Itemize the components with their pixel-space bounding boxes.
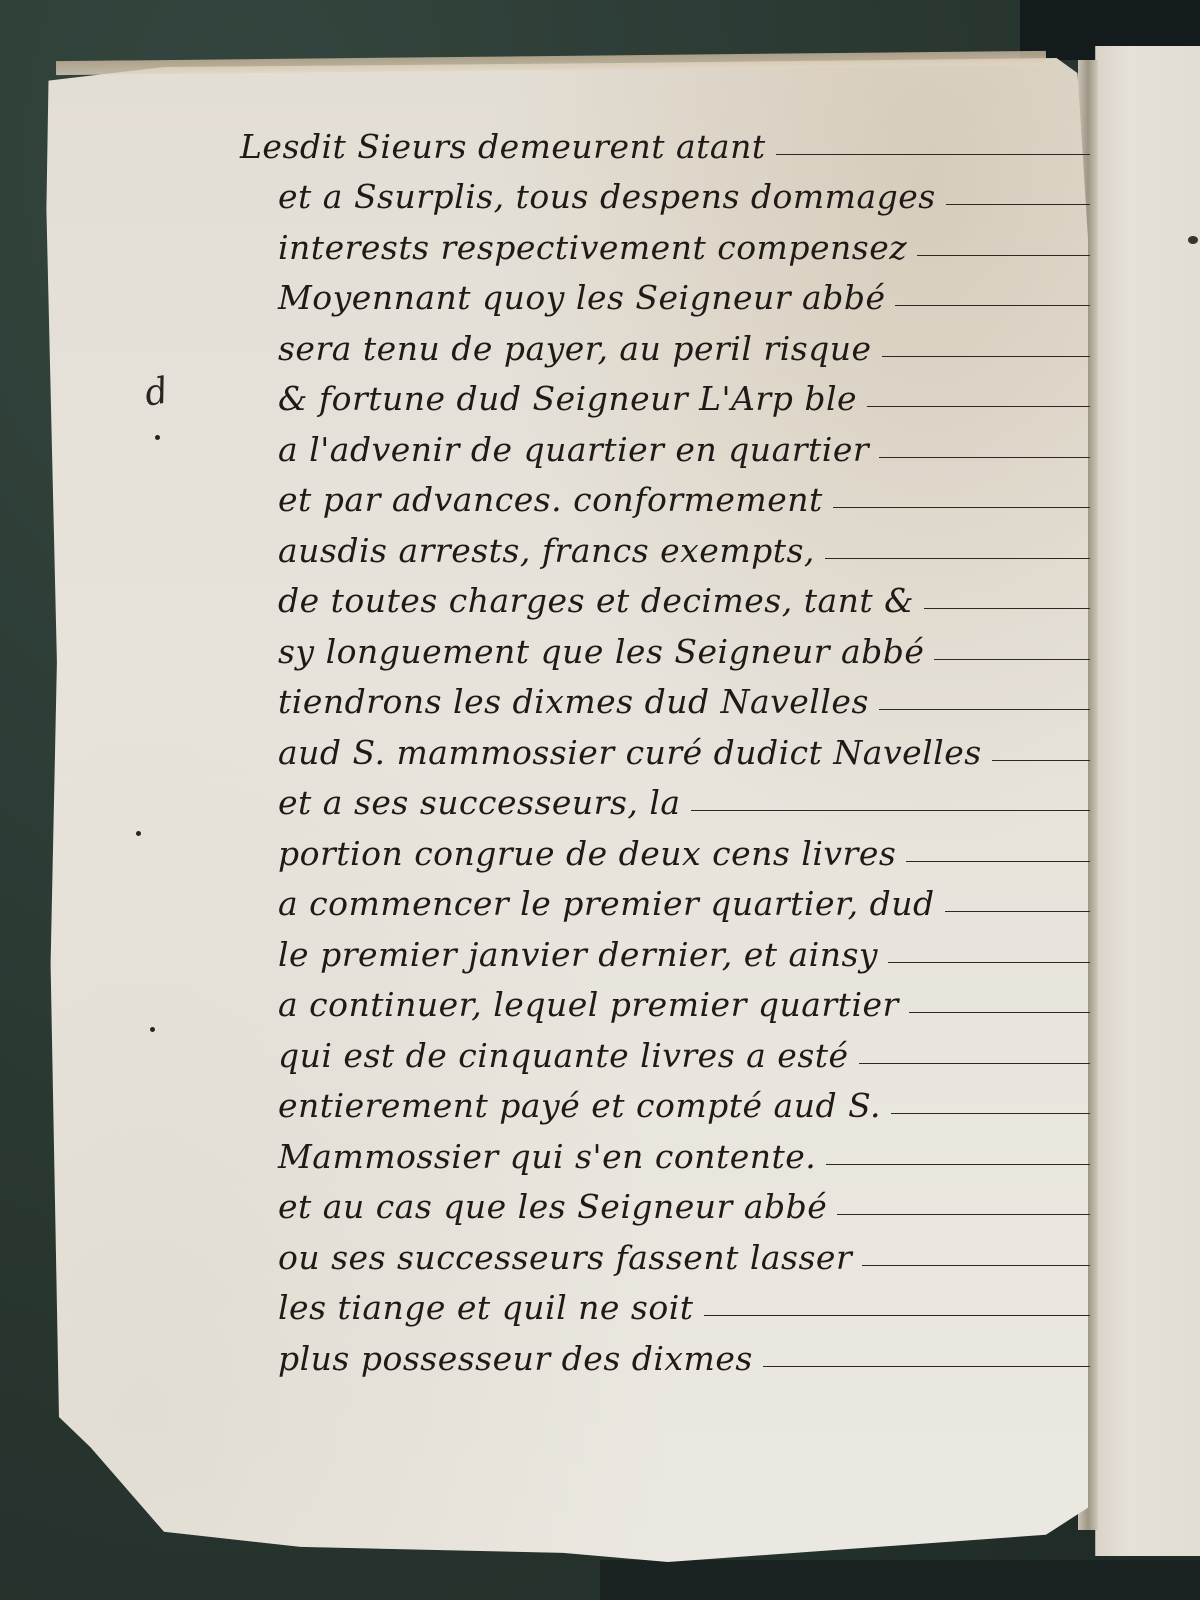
line-text: de toutes charges et decimes, tant & bbox=[230, 584, 914, 623]
line-filler-dash bbox=[946, 204, 1090, 205]
line-text: a commencer le premier quartier, dud bbox=[230, 887, 935, 926]
line-text: plus possesseur des dixmes bbox=[230, 1342, 753, 1381]
text-line: interests respectivement compensez bbox=[230, 219, 1090, 270]
text-line: et au cas que les Seigneur abbé bbox=[230, 1179, 1090, 1230]
line-text: et par advances. conformement bbox=[230, 483, 823, 522]
line-filler-dash bbox=[934, 659, 1090, 660]
line-filler-dash bbox=[909, 1012, 1090, 1013]
text-line: ou ses successeurs fassent lasser bbox=[230, 1229, 1090, 1280]
text-line: portion congrue de deux cens livres bbox=[230, 825, 1090, 876]
line-text: a l'advenir de quartier en quartier bbox=[230, 433, 869, 472]
line-filler-dash bbox=[917, 255, 1090, 256]
line-filler-dash bbox=[879, 709, 1090, 710]
line-filler-dash bbox=[825, 558, 1090, 559]
line-text: ausdis arrests, francs exempts, bbox=[230, 534, 815, 573]
line-text: entierement payé et compté aud S. bbox=[230, 1089, 881, 1128]
line-filler-dash bbox=[763, 1366, 1090, 1367]
line-filler-dash bbox=[862, 1265, 1090, 1266]
text-line: et a Ssurplis, tous despens dommages bbox=[230, 169, 1090, 220]
line-text: et a ses successeurs, la bbox=[230, 786, 681, 825]
line-filler-dash bbox=[879, 457, 1090, 458]
line-filler-dash bbox=[888, 962, 1090, 963]
line-filler-dash bbox=[833, 507, 1090, 508]
text-line: Lesdit Sieurs demeurent atant bbox=[230, 118, 1090, 169]
line-filler-dash bbox=[945, 911, 1090, 912]
text-line: tiendrons les dixmes dud Navelles bbox=[230, 674, 1090, 725]
line-filler-dash bbox=[906, 861, 1090, 862]
line-text: Mammossier qui s'en contente. bbox=[230, 1140, 816, 1179]
text-line: sy longuement que les Seigneur abbé bbox=[230, 623, 1090, 674]
text-line: le premier janvier dernier, et ainsy bbox=[230, 926, 1090, 977]
line-filler-dash bbox=[895, 305, 1090, 306]
line-text: Moyennant quoy les Seigneur abbé bbox=[230, 281, 885, 320]
line-filler-dash bbox=[867, 406, 1090, 407]
line-filler-dash bbox=[859, 1063, 1090, 1064]
line-filler-dash bbox=[924, 608, 1090, 609]
text-line: et a ses successeurs, la bbox=[230, 775, 1090, 826]
line-filler-dash bbox=[891, 1113, 1090, 1114]
text-line: qui est de cinquante livres a esté bbox=[230, 1027, 1090, 1078]
ink-dot bbox=[136, 831, 141, 836]
text-line: ausdis arrests, francs exempts, bbox=[230, 522, 1090, 573]
background-shadow-bottom bbox=[600, 1560, 1200, 1600]
adjacent-page bbox=[1095, 46, 1200, 1556]
text-line: a l'advenir de quartier en quartier bbox=[230, 421, 1090, 472]
text-line: entierement payé et compté aud S. bbox=[230, 1078, 1090, 1129]
line-filler-dash bbox=[826, 1164, 1090, 1165]
line-text: et a Ssurplis, tous despens dommages bbox=[230, 180, 936, 219]
line-text: tiendrons les dixmes dud Navelles bbox=[230, 685, 869, 724]
line-text: qui est de cinquante livres a esté bbox=[230, 1039, 849, 1078]
line-text: ou ses successeurs fassent lasser bbox=[230, 1241, 852, 1280]
line-text: sera tenu de payer, au peril risque bbox=[230, 332, 872, 371]
line-filler-dash bbox=[776, 154, 1090, 155]
line-text: aud S. mammossier curé dudict Navelles bbox=[230, 736, 982, 775]
line-text: et au cas que les Seigneur abbé bbox=[230, 1190, 827, 1229]
text-line: Moyennant quoy les Seigneur abbé bbox=[230, 270, 1090, 321]
ink-dot bbox=[150, 1027, 155, 1032]
text-line: et par advances. conformement bbox=[230, 472, 1090, 523]
manuscript-text: Lesdit Sieurs demeurent atant et a Ssurp… bbox=[230, 118, 1090, 1381]
line-filler-dash bbox=[691, 810, 1090, 811]
text-line: aud S. mammossier curé dudict Navelles bbox=[230, 724, 1090, 775]
text-line: a commencer le premier quartier, dud bbox=[230, 876, 1090, 927]
line-text: a continuer, lequel premier quartier bbox=[230, 988, 899, 1027]
line-filler-dash bbox=[704, 1315, 1090, 1316]
line-text: interests respectivement compensez bbox=[230, 231, 907, 270]
line-text: sy longuement que les Seigneur abbé bbox=[230, 635, 924, 674]
ink-dot bbox=[155, 435, 160, 440]
line-filler-dash bbox=[837, 1214, 1090, 1215]
text-line: a continuer, lequel premier quartier bbox=[230, 977, 1090, 1028]
line-text: & fortune dud Seigneur L'Arp ble bbox=[230, 382, 857, 421]
text-line: & fortune dud Seigneur L'Arp ble bbox=[230, 371, 1090, 422]
line-text: portion congrue de deux cens livres bbox=[230, 837, 896, 876]
text-line: Mammossier qui s'en contente. bbox=[230, 1128, 1090, 1179]
text-line: plus possesseur des dixmes bbox=[230, 1330, 1090, 1381]
text-line: sera tenu de payer, au peril risque bbox=[230, 320, 1090, 371]
line-text: Lesdit Sieurs demeurent atant bbox=[230, 130, 766, 169]
text-line: de toutes charges et decimes, tant & bbox=[230, 573, 1090, 624]
text-line: les tiange et quil ne soit bbox=[230, 1280, 1090, 1331]
ink-spot bbox=[1188, 236, 1198, 244]
line-filler-dash bbox=[882, 356, 1090, 357]
line-filler-dash bbox=[992, 760, 1090, 761]
line-text: les tiange et quil ne soit bbox=[230, 1291, 694, 1330]
line-text: le premier janvier dernier, et ainsy bbox=[230, 938, 878, 977]
